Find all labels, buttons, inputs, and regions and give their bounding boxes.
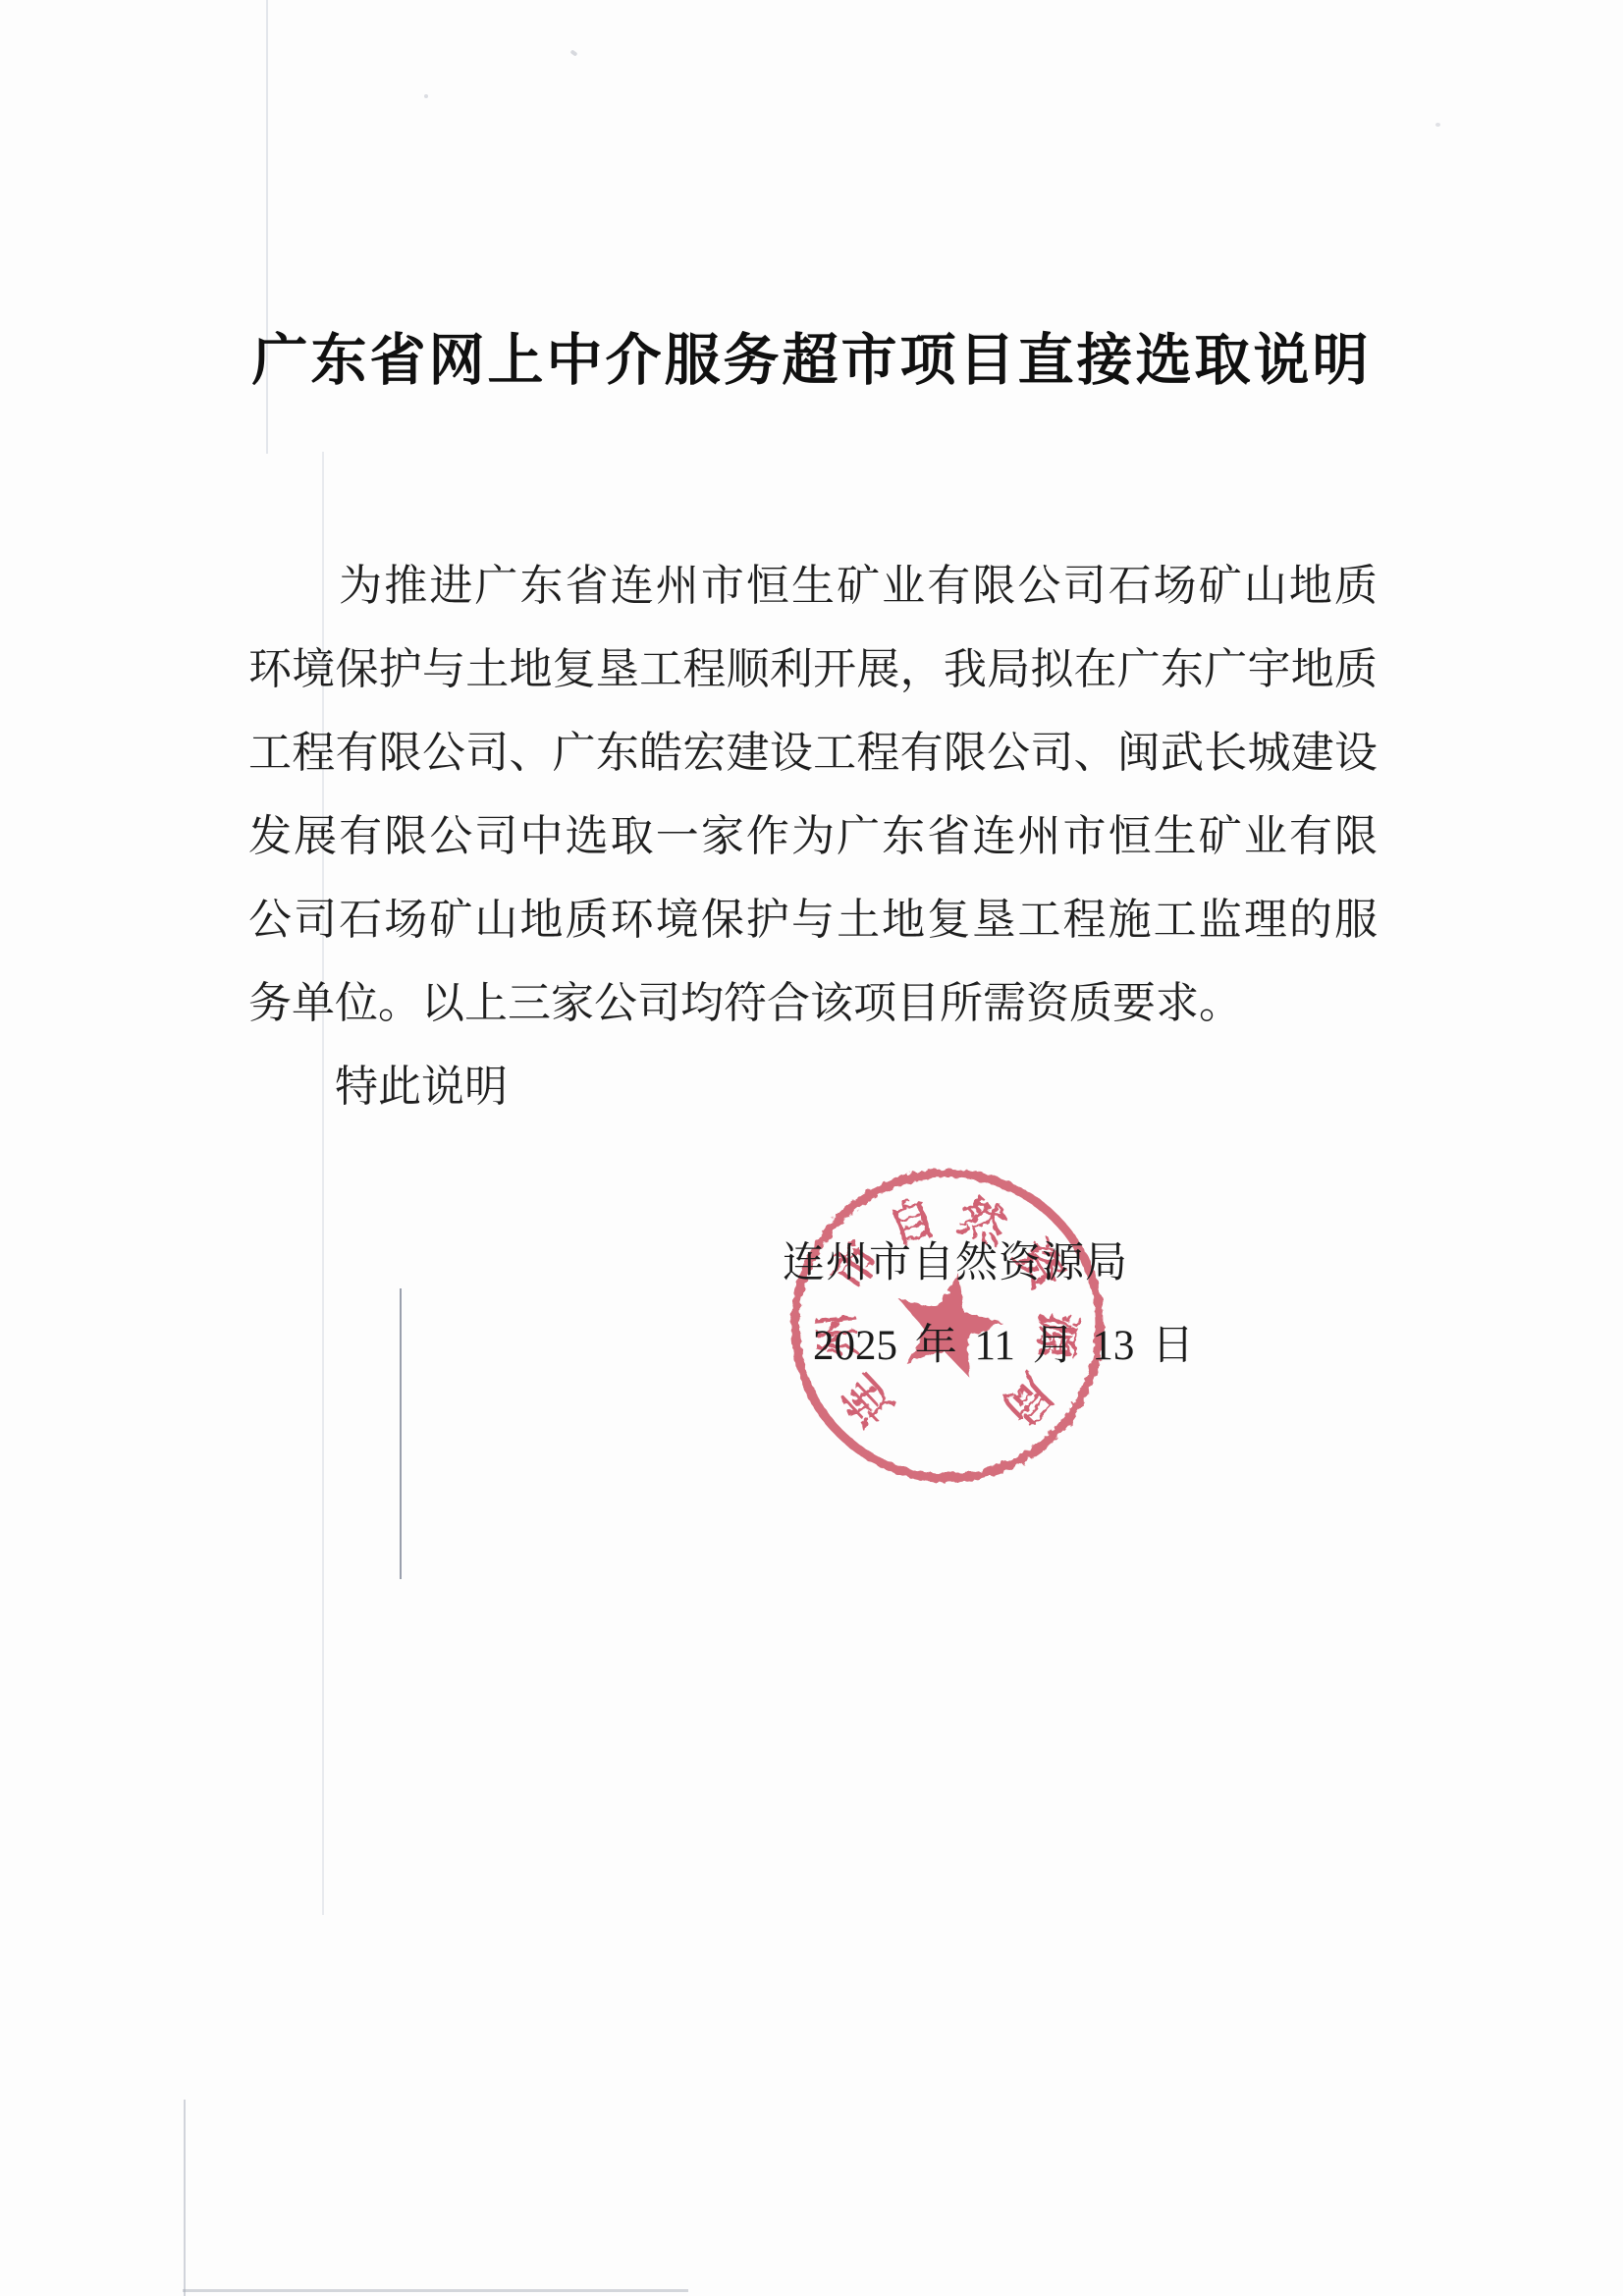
scan-fold-line-bottom (184, 2100, 186, 2296)
body-line: 为推进广东省连州市恒生矿业有限公司石场矿山地质 (248, 544, 1378, 628)
document-body: 为推进广东省连州市恒生矿业有限公司石场矿山地质 环境保护与土地复垦工程顺利开展，… (248, 544, 1378, 1128)
paper-speck (1435, 123, 1440, 127)
paper-speck (424, 94, 428, 98)
body-line: 务单位。以上三家公司均符合该项目所需资质要求。 (248, 961, 1378, 1045)
body-line: 公司石场矿山地质环境保护与土地复垦工程施工监理的服 (248, 878, 1378, 961)
paper-speck (569, 49, 577, 56)
body-line: 发展有限公司中选取一家作为广东省连州市恒生矿业有限 (248, 794, 1378, 878)
seal-char: 连 (834, 1366, 902, 1435)
scan-fold-line-dark (400, 1288, 402, 1579)
signature-organization: 连州市自然资源局 (783, 1239, 1128, 1288)
document-title: 广东省网上中介服务超市项目直接选取说明 (0, 330, 1623, 393)
scanned-document-page: 广东省网上中介服务超市项目直接选取说明 为推进广东省连州市恒生矿业有限公司石场矿… (0, 0, 1623, 2296)
body-line: 环境保护与土地复垦工程顺利开展，我局拟在广东广宇地质 (248, 628, 1378, 711)
body-line: 工程有限公司、广东皓宏建设工程有限公司、闽武长城建设 (248, 711, 1378, 794)
seal-char: 局 (993, 1366, 1061, 1435)
body-line-closing: 特此说明 (248, 1045, 1378, 1128)
signature-date: 2025 年 11 月 13 日 (813, 1322, 1194, 1371)
scan-edge-line-bottom (183, 2289, 688, 2292)
